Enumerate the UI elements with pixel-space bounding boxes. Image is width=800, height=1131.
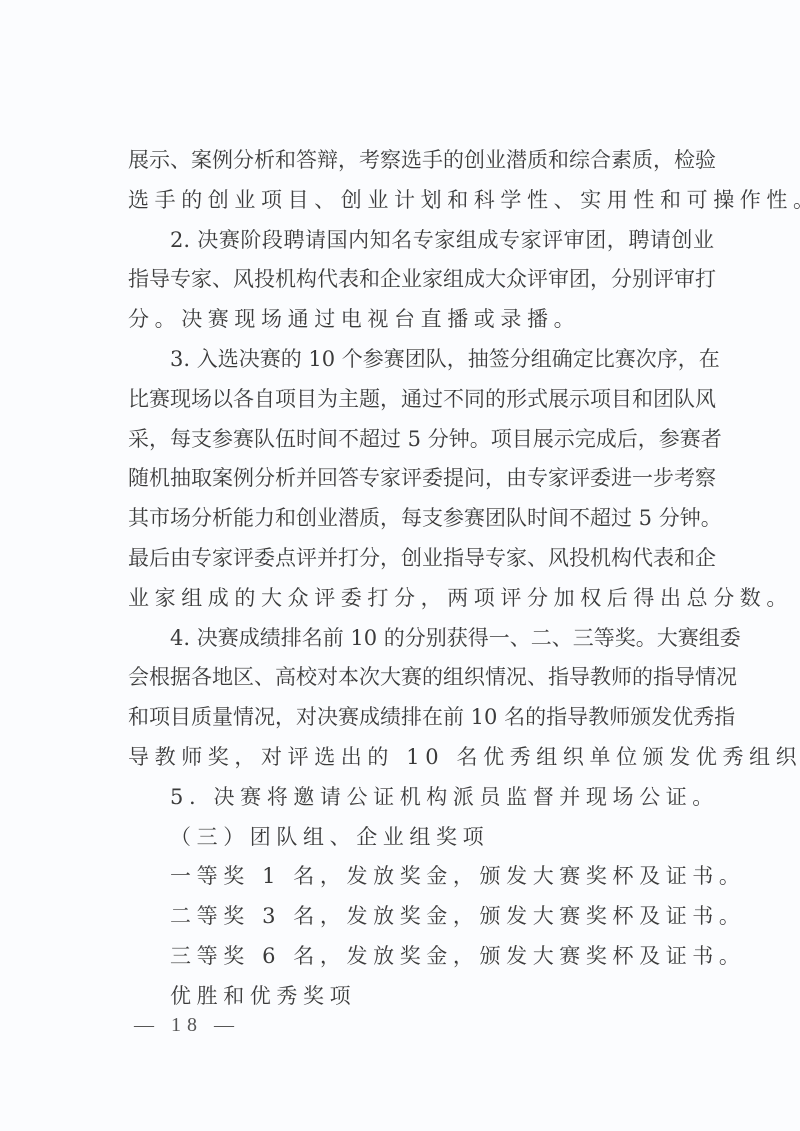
- text-line: 和项目质量情况，对决赛成绩排在前 10 名的指导教师颁发优秀指: [128, 698, 714, 738]
- text-line: 2. 决赛阶段聘请国内知名专家组成专家评审团，聘请创业: [128, 221, 714, 261]
- text-line: 比赛现场以各自项目为主题，通过不同的形式展示项目和团队风: [128, 380, 714, 420]
- text-line: 指导专家、风投机构代表和企业家组成大众评审团，分别评审打: [128, 260, 714, 300]
- text-line: 展示、案例分析和答辩，考察选手的创业潜质和综合素质，检验: [128, 141, 714, 181]
- text-line: 其市场分析能力和创业潜质，每支参赛团队时间不超过 5 分钟。: [128, 499, 714, 539]
- section-heading: （三）团队组、企业组奖项: [128, 818, 714, 858]
- text-line: 随机抽取案例分析并回答专家评委提问，由专家评委进一步考察: [128, 459, 714, 499]
- text-line: 分。决赛现场通过电视台直播或录播。: [128, 300, 714, 340]
- text-line: 一等奖 1 名，发放奖金，颁发大赛奖杯及证书。: [128, 857, 714, 897]
- text-line: 业家组成的大众评委打分，两项评分加权后得出总分数。: [128, 579, 714, 619]
- text-line: 3. 入选决赛的 10 个参赛团队，抽签分组确定比赛次序，在: [128, 340, 714, 380]
- text-line: 选手的创业项目、创业计划和科学性、实用性和可操作性。: [128, 181, 714, 221]
- document-page: 展示、案例分析和答辩，考察选手的创业潜质和综合素质，检验 选手的创业项目、创业计…: [0, 0, 800, 1131]
- text-line: 4. 决赛成绩排名前 10 的分别获得一、二、三等奖。大赛组委: [128, 619, 714, 659]
- text-line: 导教师奖，对评选出的 10 名优秀组织单位颁发优秀组织奖。: [128, 738, 714, 778]
- text-line: 最后由专家评委点评并打分，创业指导专家、风投机构代表和企: [128, 539, 714, 579]
- text-line: 采，每支参赛队伍时间不超过 5 分钟。项目展示完成后，参赛者: [128, 420, 714, 460]
- text-line: 二等奖 3 名，发放奖金，颁发大赛奖杯及证书。: [128, 897, 714, 937]
- document-body: 展示、案例分析和答辩，考察选手的创业潜质和综合素质，检验 选手的创业项目、创业计…: [128, 141, 714, 1017]
- text-line: 会根据各地区、高校对本次大赛的组织情况、指导教师的指导情况: [128, 658, 714, 698]
- page-number: — 18 —: [134, 1010, 240, 1040]
- text-line: 三等奖 6 名，发放奖金，颁发大赛奖杯及证书。: [128, 937, 714, 977]
- text-line: 5. 决赛将邀请公证机构派员监督并现场公证。: [128, 778, 714, 818]
